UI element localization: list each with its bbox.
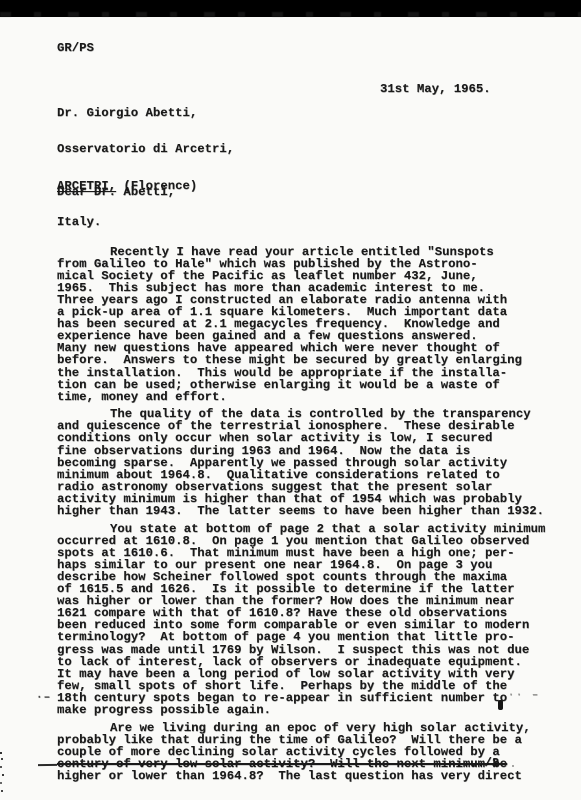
text-line: before. Answers to these might be secure… — [57, 354, 539, 366]
text-line: tion can be used; otherwise enlarging it… — [57, 379, 539, 391]
left-margin-strike-mark: ·– — [36, 692, 51, 704]
text-line: terminology? At bottom of page 4 you men… — [57, 631, 539, 643]
text-line: conditions only occur when solar activit… — [57, 432, 539, 444]
text-line: fine observations during 1963 and 1964. … — [57, 445, 539, 457]
scan-smudge-artifact — [0, 12, 581, 17]
ink-blob-artifact — [498, 700, 503, 710]
right-margin-stray-marks: ·· – — [508, 690, 540, 702]
letter-date: 31st May, 1965. — [380, 83, 491, 95]
letter-body: Dear Dr. Abetti, Recently I have read yo… — [57, 162, 539, 788]
text-line: higher or lower than 1964.8? The last qu… — [57, 770, 539, 782]
text-line: Are we living during an epoc of very hig… — [57, 722, 539, 734]
page-continuation-marker: ..../2 — [455, 757, 499, 769]
reference-code: GR/PS — [57, 42, 94, 54]
recipient-institution: Osservatorio di Arcetri, — [57, 143, 234, 155]
text-line: probably like that during the time of Ga… — [57, 734, 539, 746]
paragraph: Recently I have read your article entitl… — [57, 246, 539, 403]
text-line: the installation. This would be appropri… — [57, 367, 539, 379]
text-line: becoming sparse. Apparently we passed th… — [57, 457, 539, 469]
stray-dot-artifact — [512, 765, 514, 767]
text-line: from Galileo to Hale" which was publishe… — [57, 258, 539, 270]
paragraph: Are we living during an epoc of very hig… — [57, 722, 539, 782]
left-edge-speckles-artifact — [0, 752, 2, 754]
text-line: gress was made until 1769 by Wilson. I s… — [57, 644, 539, 656]
salutation: Dear Dr. Abetti, — [57, 186, 539, 198]
text-line: time, money and effort. — [57, 391, 539, 403]
text-line: to lack of interest, lack of observers o… — [57, 656, 539, 668]
paragraph: The quality of the data is controlled by… — [57, 408, 539, 517]
text-line: occurred at 1610.8. On page 1 you mentio… — [57, 535, 539, 547]
text-line: make progress possible again. — [57, 704, 539, 716]
scanned-letter-page: GR/PS 31st May, 1965. Dr. Giorgio Abetti… — [0, 0, 581, 800]
text-line: Recently I have read your article entitl… — [57, 246, 539, 258]
paragraph: You state at bottom of page 2 that a sol… — [57, 523, 539, 717]
text-line: You state at bottom of page 2 that a sol… — [57, 523, 539, 535]
text-line: higher than 1943. The latter seems to ha… — [57, 505, 539, 517]
recipient-name: Dr. Giorgio Abetti, — [57, 107, 234, 119]
